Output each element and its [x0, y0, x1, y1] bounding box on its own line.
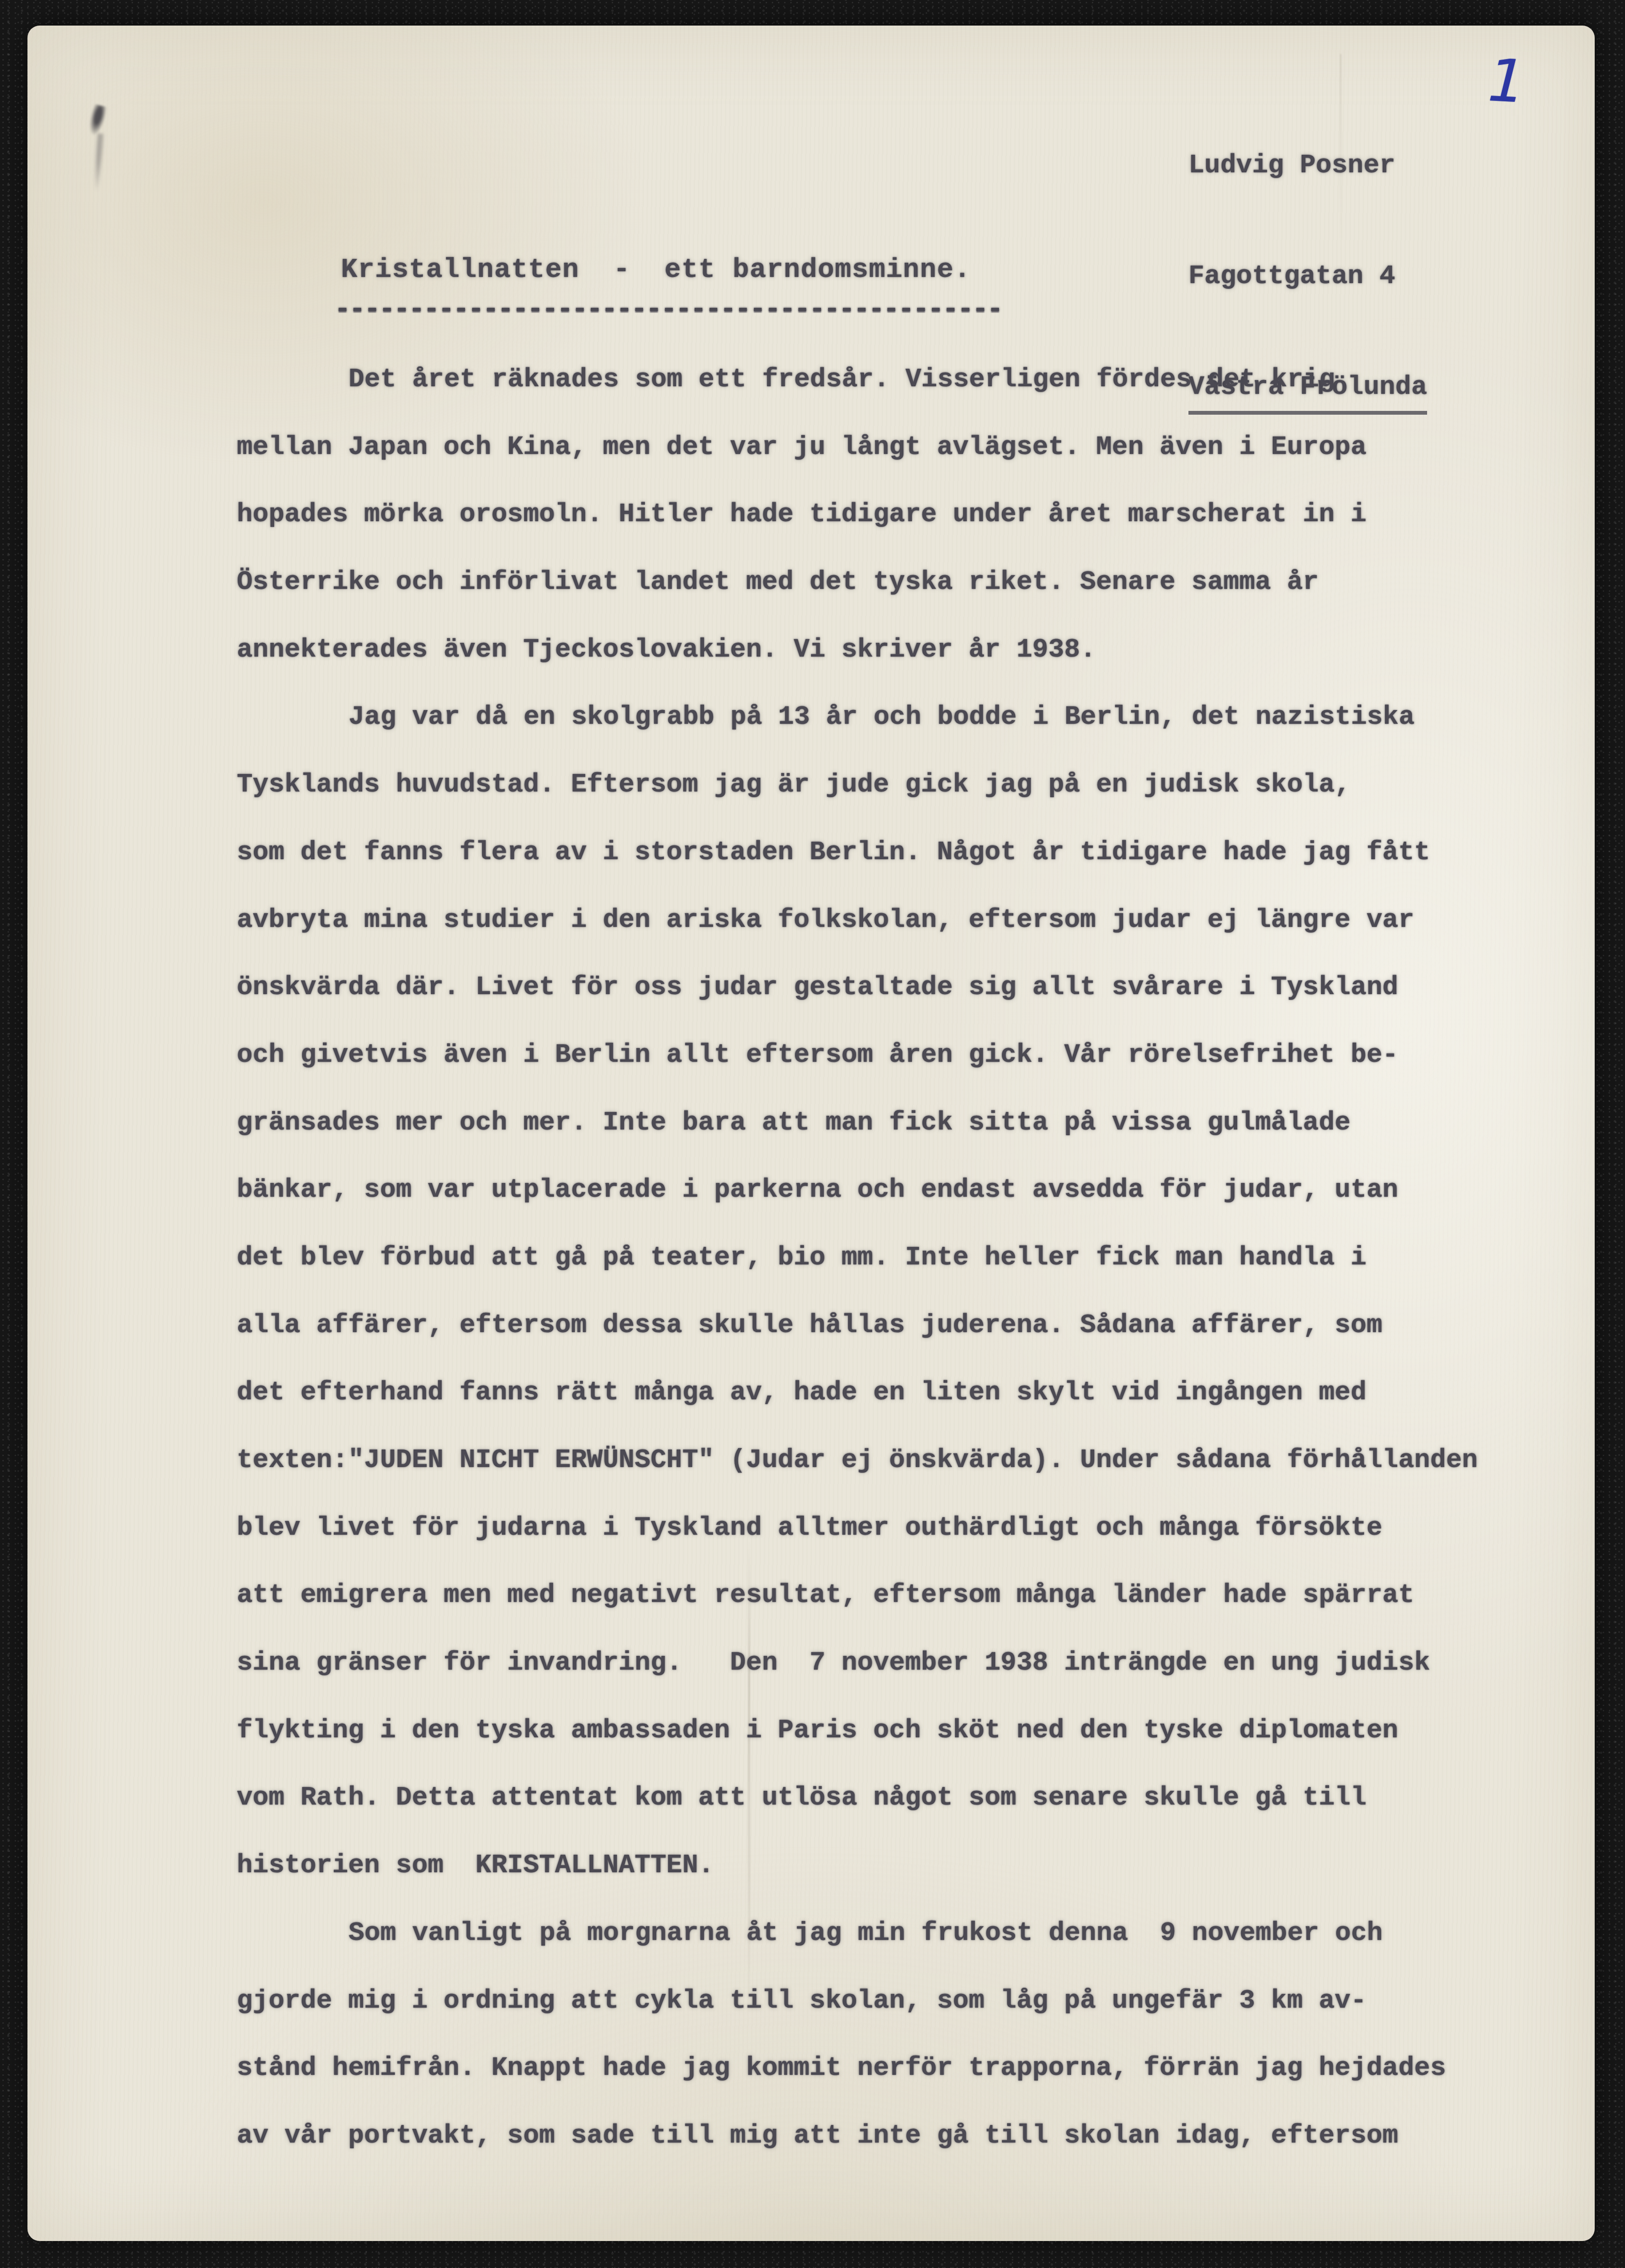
typewritten-line: texten:"JUDEN NICHT ERWÜNSCHT" (Judar ej… — [237, 1426, 1544, 1494]
typewritten-line: vom Rath. Detta attentat kom att utlösa … — [237, 1764, 1544, 1832]
typewritten-line: bänkar, som var utplacerade i parkerna o… — [237, 1156, 1544, 1224]
typewritten-line: sina gränser för invandring. Den 7 novem… — [237, 1629, 1544, 1697]
title-underline: ----------------------------------------… — [334, 296, 1002, 324]
typewritten-line: Jag var då en skolgrabb på 13 år och bod… — [237, 683, 1544, 751]
typewritten-line: Som vanligt på morgnarna åt jag min fruk… — [237, 1899, 1544, 1967]
typewritten-line: stånd hemifrån. Knappt hade jag kommit n… — [237, 2034, 1544, 2102]
typewritten-line: som det fanns flera av i storstaden Berl… — [237, 818, 1544, 886]
typewritten-line: det blev förbud att gå på teater, bio mm… — [237, 1224, 1544, 1291]
ink-smudge — [87, 104, 108, 136]
typewritten-line: hopades mörka orosmoln. Hitler hade tidi… — [237, 480, 1544, 548]
typewritten-line: historien som KRISTALLNATTEN. — [237, 1832, 1544, 1899]
ink-smudge-streak — [93, 133, 104, 191]
typewritten-line: av vår portvakt, som sade till mig att i… — [237, 2102, 1544, 2170]
typewritten-line: blev livet för judarna i Tyskland alltme… — [237, 1494, 1544, 1562]
typewritten-body: Det året räknades som ett fredsår. Visse… — [237, 346, 1544, 2170]
typewritten-line: gränsades mer och mer. Inte bara att man… — [237, 1089, 1544, 1156]
typewritten-line: alla affärer, eftersom dessa skulle håll… — [237, 1291, 1544, 1359]
typewritten-line: annekterades även Tjeckoslovakien. Vi sk… — [237, 616, 1544, 684]
sender-name: Ludvig Posner — [1188, 147, 1427, 184]
typewritten-line: att emigrera men med negativt resultat, … — [237, 1561, 1544, 1629]
handwritten-page-number: 1 — [1487, 51, 1527, 112]
typewritten-line: Tysklands huvudstad. Eftersom jag är jud… — [237, 751, 1544, 818]
typewritten-line: Det året räknades som ett fredsår. Visse… — [237, 346, 1544, 413]
document-title: Kristallnatten - ett barndomsminne. — [341, 257, 971, 284]
sender-street: Fagottgatan 4 — [1188, 258, 1427, 294]
typewritten-line: avbryta mina studier i den ariska folksk… — [237, 886, 1544, 954]
document-page: 1 Ludvig Posner Fagottgatan 4 Västra Frö… — [27, 26, 1595, 2241]
typewritten-line: och givetvis även i Berlin allt eftersom… — [237, 1021, 1544, 1089]
typewritten-line: flykting i den tyska ambassaden i Paris … — [237, 1697, 1544, 1764]
typewritten-line: Österrike och införlivat landet med det … — [237, 548, 1544, 616]
typewritten-line: det efterhand fanns rätt många av, hade … — [237, 1359, 1544, 1426]
typewritten-line: önskvärda där. Livet för oss judar gesta… — [237, 953, 1544, 1021]
typewritten-line: gjorde mig i ordning att cykla till skol… — [237, 1967, 1544, 2035]
typewritten-line: mellan Japan och Kina, men det var ju lå… — [237, 413, 1544, 481]
